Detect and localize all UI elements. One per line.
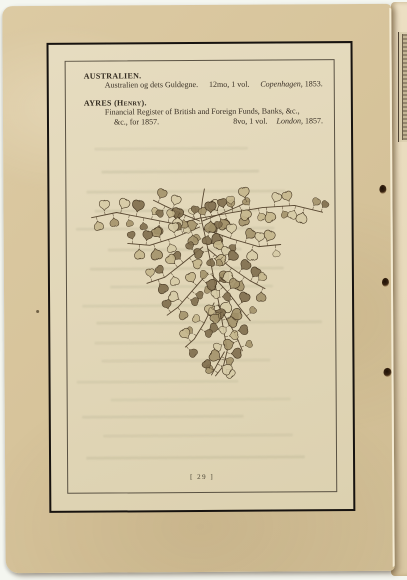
inner-rule-border: AUSTRALIEN. Australien og dets Guldegne.… xyxy=(65,59,338,494)
underlying-page-illustration-sliver xyxy=(398,32,407,142)
show-through-line xyxy=(111,397,290,401)
entry-ayres: AYRES (Henry). Financial Register of Bri… xyxy=(84,97,323,126)
entry-year: 1853. xyxy=(305,80,323,89)
wormhole xyxy=(379,185,386,194)
entry-format: 12mo, 1 vol. xyxy=(209,80,250,90)
entry-list: AUSTRALIEN. Australien og dets Guldegne.… xyxy=(84,70,323,126)
entry-place: London, xyxy=(276,116,303,125)
engraving-sliver-texture xyxy=(402,34,407,140)
wormhole xyxy=(382,278,389,287)
entry-imprint: London, 1857. xyxy=(276,116,323,126)
entry-title: Australien og dets Guldegne. xyxy=(105,80,198,90)
entry-citation-line: Australien og dets Guldegne. 12mo, 1 vol… xyxy=(105,80,323,91)
entry-citation-line: &c., for 1857. 8vo, 1 vol. London, 1857. xyxy=(105,116,323,127)
entry-place: Copenhagen, xyxy=(260,80,302,89)
maidenhair-fern-engraving xyxy=(83,185,330,382)
entry-year: 1857. xyxy=(305,116,323,125)
paper-speck xyxy=(36,310,39,313)
entry-imprint-group: 8vo, 1 vol. London, 1857. xyxy=(233,116,323,126)
scanned-page: AUSTRALIEN. Australien og dets Guldegne.… xyxy=(2,4,394,573)
entry-title-line-2: &c., for 1857. xyxy=(114,117,159,127)
page-number: [ 29 ] xyxy=(68,472,336,482)
show-through-line xyxy=(103,433,294,437)
show-through-line xyxy=(101,170,259,174)
outer-rule-border: AUSTRALIEN. Australien og dets Guldegne.… xyxy=(46,41,355,513)
show-through-line xyxy=(94,147,247,151)
show-through-line xyxy=(82,415,244,419)
entry-author-forename: (Henry). xyxy=(114,98,147,107)
entry-format: 8vo, 1 vol. xyxy=(233,116,267,126)
entry-australien: AUSTRALIEN. Australien og dets Guldegne.… xyxy=(84,70,323,90)
show-through-line xyxy=(86,456,305,460)
wormhole xyxy=(383,368,391,377)
entry-imprint: Copenhagen, 1853. xyxy=(260,80,322,90)
entry-author-name: AYRES xyxy=(84,99,112,108)
